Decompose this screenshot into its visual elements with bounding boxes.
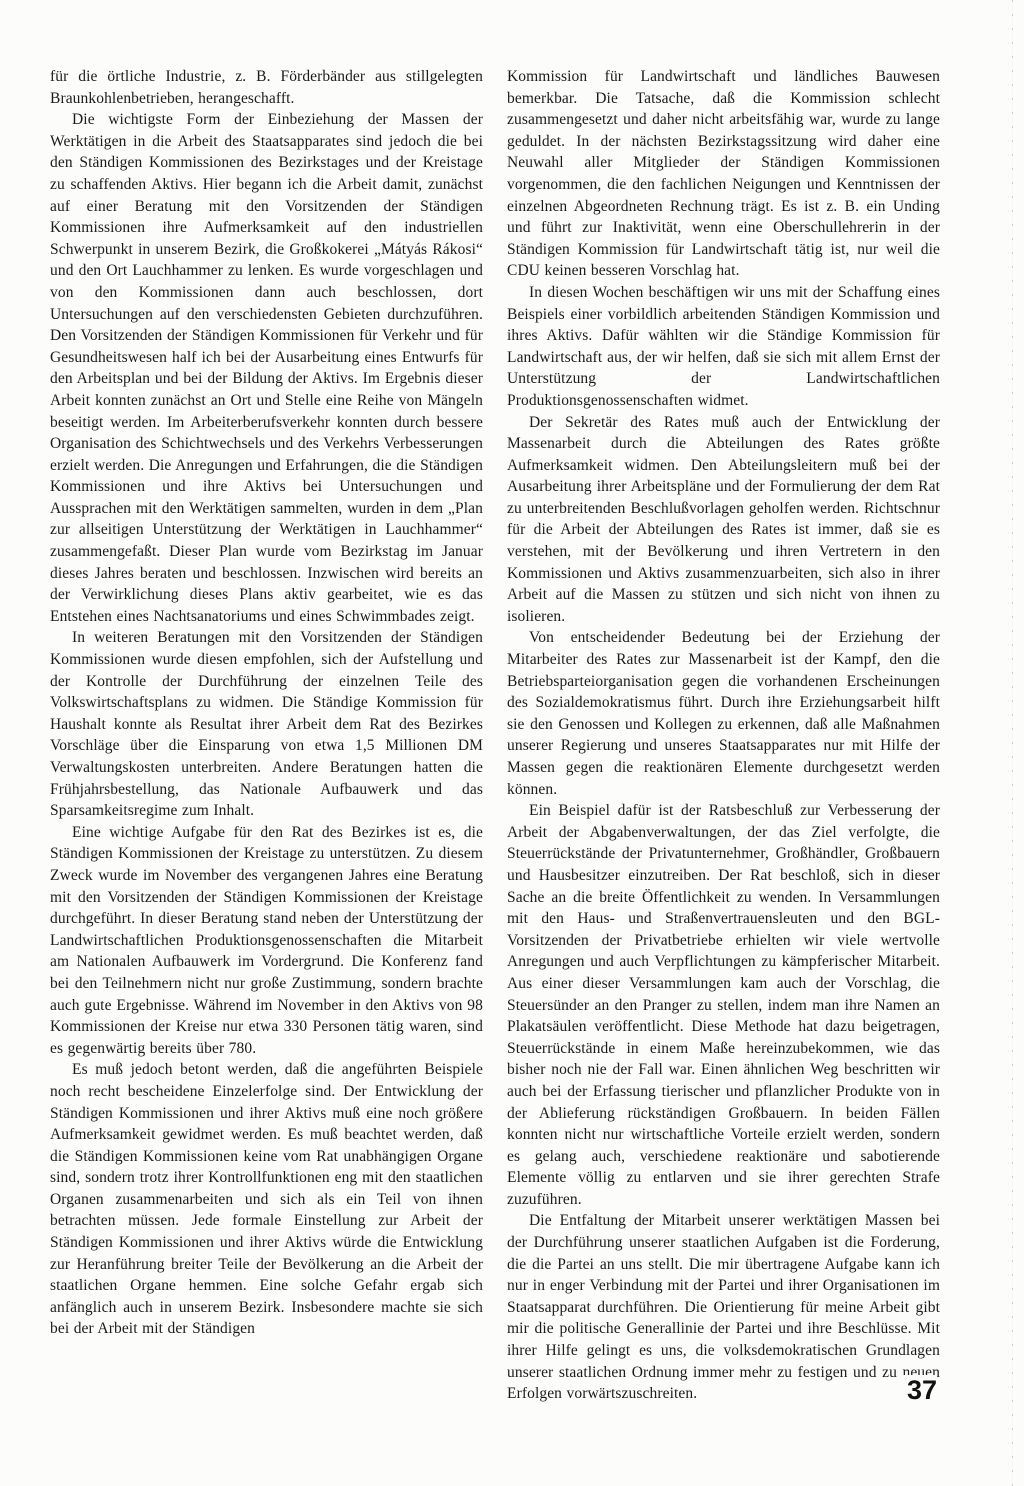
paragraph: für die örtliche Industrie, z. B. Förder… — [50, 66, 483, 109]
paragraph: Die Entfaltung der Mitarbeit unserer wer… — [507, 1210, 940, 1404]
paragraph: Ein Beispiel dafür ist der Ratsbeschluß … — [507, 800, 940, 1210]
document-page: für die örtliche Industrie, z. B. Förder… — [0, 0, 1024, 1486]
page-number: 37 — [901, 1375, 937, 1406]
paragraph: Von entscheidender Bedeutung bei der Erz… — [507, 627, 940, 800]
paragraph: In weiteren Beratungen mit den Vorsitzen… — [50, 627, 483, 821]
paragraph: In diesen Wochen beschäftigen wir uns mi… — [507, 282, 940, 412]
paragraph: Kommission für Landwirtschaft und ländli… — [507, 66, 940, 282]
paragraph: Der Sekretär des Rates muß auch der Entw… — [507, 412, 940, 628]
scan-fold-line — [1012, 0, 1013, 1486]
paragraph: Die wichtigste Form der Einbeziehung der… — [50, 109, 483, 627]
paragraph: Eine wichtige Aufgabe für den Rat des Be… — [50, 822, 483, 1060]
text-block: für die örtliche Industrie, z. B. Förder… — [50, 66, 940, 1405]
text-column-right: Kommission für Landwirtschaft und ländli… — [507, 66, 940, 1405]
text-column-left: für die örtliche Industrie, z. B. Förder… — [50, 66, 483, 1405]
paragraph: Es muß jedoch betont werden, daß die ang… — [50, 1059, 483, 1340]
